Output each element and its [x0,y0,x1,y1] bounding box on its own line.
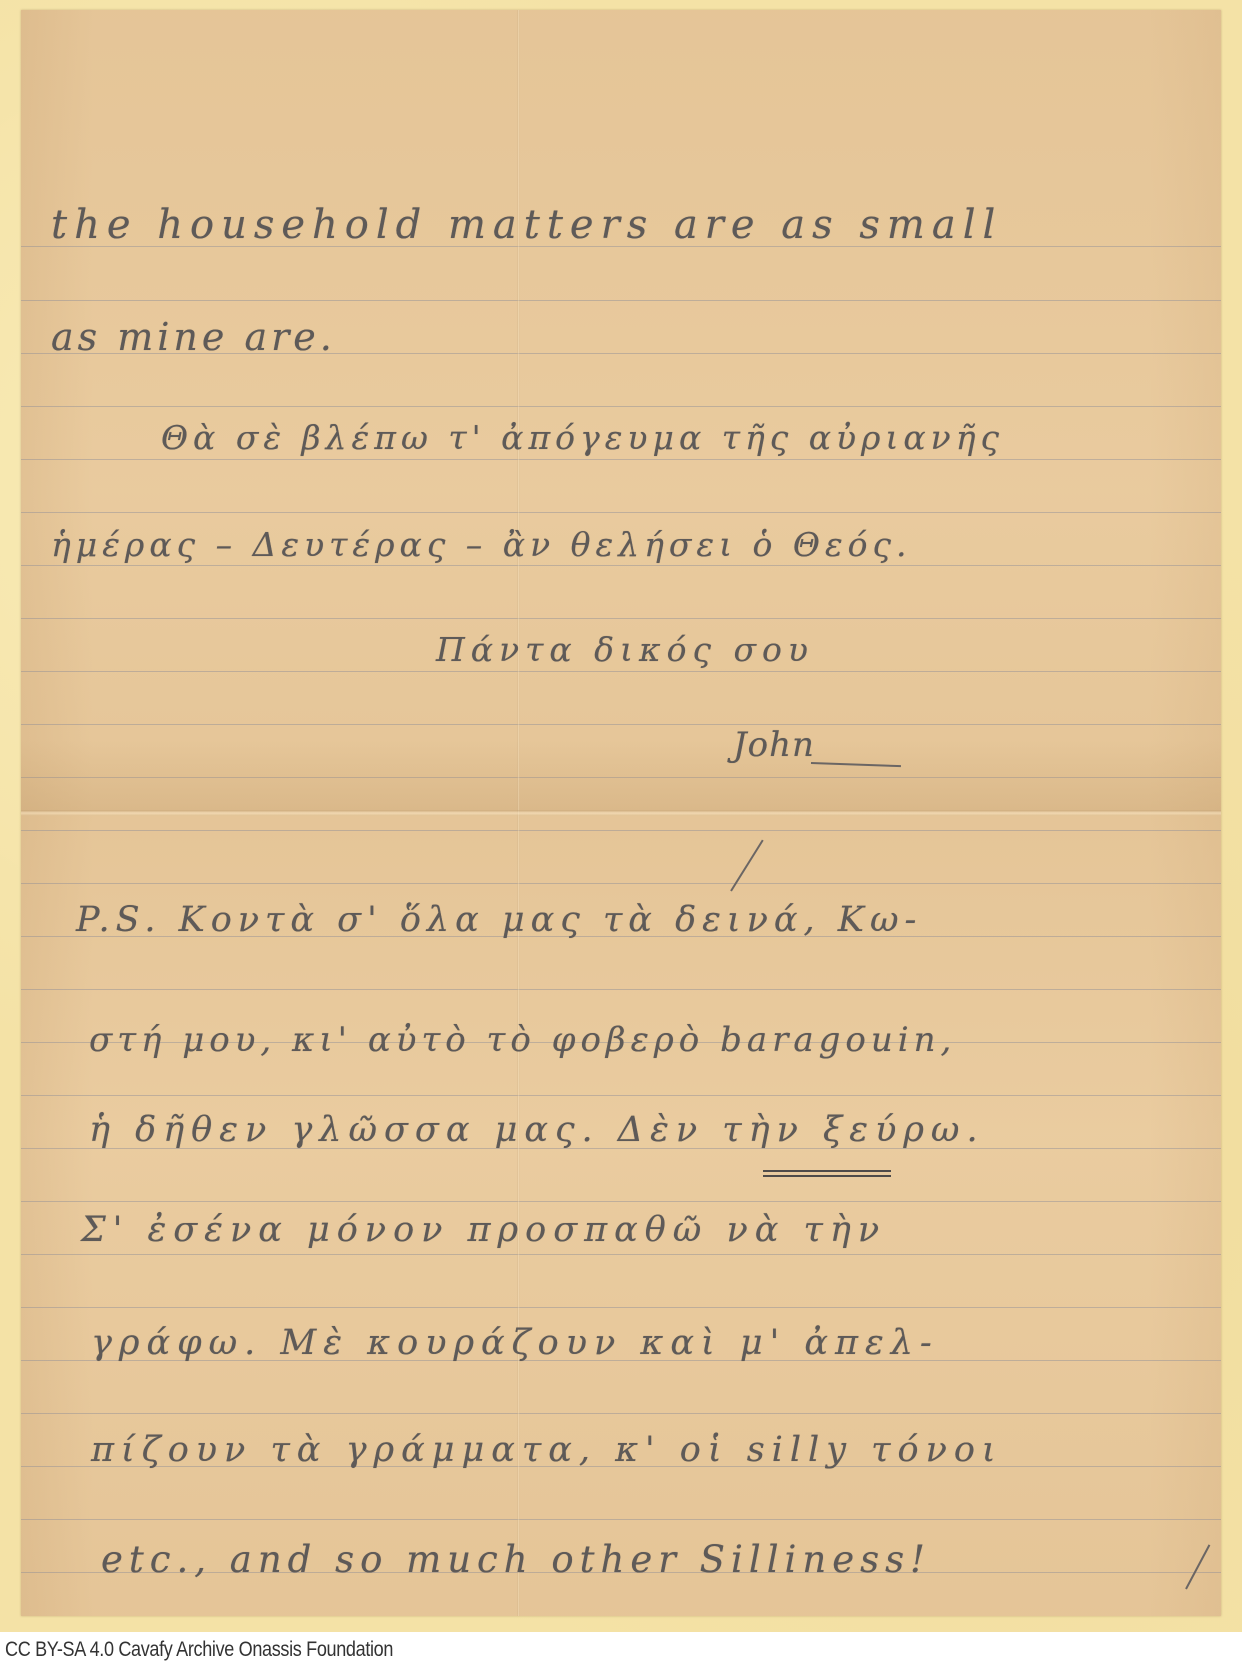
rule-line [21,671,1221,672]
postscript-line-2: στή μου, κι' αὐτὸ τὸ φοβερὸ baragouin, [89,1020,956,1060]
letter-closing: Πάντα δικός σου [436,630,814,669]
rule-line [21,1307,1221,1308]
fold-shadow [21,740,1221,810]
rule-line [21,618,1221,619]
letter-line-4: ἡμέρας – Δευτέρας – ἂν θελήσει ὁ Θεός. [51,525,912,564]
emphasis-underline-2 [763,1175,891,1177]
closing-slash-stroke [1185,1544,1210,1589]
rule-line [21,1201,1221,1202]
postscript-line-3: ἡ δῆθεν γλῶσσα μας. Δὲν τὴν ξεύρω. [89,1110,985,1150]
emphasis-underline [763,1170,891,1172]
letter-line-1: the household matters are as small [51,202,1002,248]
rule-line [21,724,1221,725]
scanner-background: ​ the household matters are as small as … [0,0,1242,1632]
rule-line [21,300,1221,301]
rule-line [21,1413,1221,1414]
postscript-line-1: P.S. Κοντὰ σ' ὅλα μας τὰ δεινά, Κω- [76,900,922,940]
rule-line [21,565,1221,566]
rule-line [21,1095,1221,1096]
rule-line [21,1254,1221,1255]
license-caption: CC BY-SA 4.0 Cavafy Archive Onassis Foun… [5,1638,393,1662]
postscript-line-7: etc., and so much other Silliness! [101,1538,931,1581]
letter-line-2: as mine are. [51,315,336,359]
letter-page: ​ the household matters are as small as … [21,10,1221,1616]
horizontal-fold-crease [21,810,1221,816]
postscript-line-4: Σ' ἐσένα μόνον προσπαθῶ νὰ τὴν [81,1210,886,1250]
postscript-line-6: πίζουν τὰ γράμματα, κ' οἱ silly τόνοι [91,1430,1003,1470]
signature-john: John [733,725,815,765]
rule-line [21,459,1221,460]
postscript-line-5: γράφω. Μὲ κουράζουν καὶ μ' ἀπελ- [91,1323,939,1363]
rule-line [21,883,1221,884]
rule-line [21,512,1221,513]
rule-line [21,406,1221,407]
rule-line [21,989,1221,990]
rule-line [21,830,1221,831]
letter-line-3: Θὰ σὲ βλέπω τ' ἀπόγευμα τῆς αὐριανῆς [161,418,1004,457]
rule-line [21,1519,1221,1520]
